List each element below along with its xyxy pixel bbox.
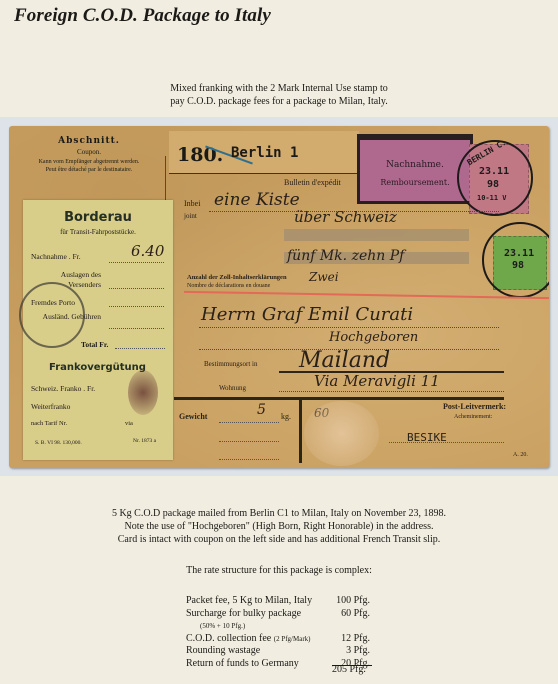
form-rule-vertical (299, 397, 302, 463)
rate-label: Rounding wastage (186, 645, 260, 658)
form-rule (279, 390, 504, 392)
description-caption: 5 Kg C.O.D package mailed from Berlin C1… (0, 507, 558, 546)
rate-note: (50% + 10 Pfg.) (186, 620, 370, 633)
slip-row-label: Nachnahme . Fr. (31, 252, 81, 261)
form-rule (219, 459, 279, 460)
rate-row: C.O.D. collection fee (2 Pfg/Mark)12 Pfg… (186, 633, 370, 646)
joint-label: joint (184, 212, 197, 220)
slip-row-label: Total Fr. (81, 340, 108, 349)
red-crayon-line (184, 291, 549, 299)
form-rule (109, 306, 164, 307)
rate-label-note: (2 Pfg/Mark) (274, 635, 311, 643)
weight-label: Gewicht (179, 412, 207, 421)
cod-label-fr: Remboursement. (360, 178, 470, 187)
rate-row: Packet fee, 5 Kg to Milan, Italy100 Pfg. (186, 595, 370, 608)
route-value: über Schweiz (294, 208, 397, 226)
form-rule (115, 348, 165, 349)
coupon-note-de: Kann vom Empfänger abgetrennt werden. (9, 158, 169, 166)
inbei-label: Inbei (184, 199, 200, 208)
addressee: Herrn Graf Emil Curati (201, 304, 413, 325)
slip-footer-right: Nr. 1873 a (133, 438, 156, 444)
destination: Mailand (299, 348, 390, 373)
description-line: Card is intact with coupon on the left s… (0, 533, 558, 546)
honorific: Hochgeboren (329, 330, 418, 345)
dispatch-strip: 180. Berlin 1 (169, 131, 359, 174)
intro-line: pay C.O.D. package fees for a package to… (0, 95, 558, 108)
coupon-heading: Abschnitt. (9, 136, 169, 146)
rate-label-text: C.O.D. collection fee (186, 633, 271, 644)
page-title: Foreign C.O.D. Package to Italy (14, 5, 271, 27)
rate-row: Surcharge for bulky package60 Pfg. (186, 608, 370, 621)
rate-label: C.O.D. collection fee (2 Pfg/Mark) (186, 633, 311, 646)
contents-value: eine Kiste (214, 190, 300, 210)
postmark-date: 23.11 (504, 248, 534, 259)
declaration-value: Zwei (309, 270, 339, 284)
form-rule (219, 441, 279, 442)
description-line: 5 Kg C.O.D package mailed from Berlin C1… (0, 507, 558, 520)
form-rule (109, 288, 164, 289)
postmark-year: 98 (487, 179, 499, 190)
rate-label: Packet fee, 5 Kg to Milan, Italy (186, 595, 312, 608)
description-line: Note the use of "Hochgeboren" (High Born… (0, 520, 558, 533)
form-rule (109, 328, 164, 329)
weight-unit: kg. (281, 412, 291, 421)
cod-label-de: Nachnahme. (360, 160, 470, 170)
rate-amount: 60 Pfg. (341, 608, 370, 621)
slip-row-label: nach Tarif Nr. (31, 420, 67, 427)
coupon: Abschnitt. Coupon. Kann vom Empfänger ab… (9, 126, 169, 206)
form-rule (219, 422, 279, 423)
rate-table: Packet fee, 5 Kg to Milan, Italy100 Pfg.… (186, 595, 370, 670)
street: Via Meravigli 11 (314, 372, 440, 390)
intro-line: Mixed franking with the 2 Mark Internal … (0, 82, 558, 95)
rate-amount: 3 Pfg. (346, 645, 370, 658)
slip-row-label: Weiterfranko (31, 402, 70, 411)
rate-amount: 100 Pfg. (336, 595, 370, 608)
parcel-card: Abschnitt. Coupon. Kann vom Empfänger ab… (9, 126, 549, 468)
declaration-label: Anzahl der Zoll-Inhaltserklärungen (187, 274, 287, 281)
slip-footer-left: S. B. VI 98. 130,000. (35, 440, 82, 446)
postmark-time: 10-11 V (477, 194, 507, 202)
shaded-field (284, 229, 469, 241)
cod-amount-value: 6.40 (131, 242, 164, 260)
ink-blot (128, 370, 158, 415)
cod-label: Nachnahme. Remboursement. (357, 134, 473, 204)
street-label: Wohnung (219, 384, 246, 392)
post-remark-label-fr: Acheminement: (454, 414, 492, 420)
declaration-label-fr: Nombre de déclarations en douane (187, 283, 270, 289)
slip-row-label: Schweiz. Franko . Fr. (31, 384, 95, 393)
destination-label: Bestimmungsort in (204, 360, 257, 368)
postmark-date: 23.11 (479, 166, 509, 177)
rate-amount: 12 Pfg. (341, 633, 370, 646)
rate-total: 205 Pfg. (332, 664, 366, 675)
form-rule (199, 326, 499, 328)
amount-value: fünf Mk. zehn Pf (287, 248, 404, 264)
rate-heading: The rate structure for this package is c… (0, 564, 558, 577)
postmark-year: 98 (512, 260, 524, 271)
post-remark-label: Post-Leitvermerk: (443, 402, 506, 411)
slip-section: Frankovergütung (49, 362, 146, 373)
rate-label: Surcharge for bulky package (186, 608, 301, 621)
form-rule (389, 442, 504, 443)
coupon-subheading: Coupon. (9, 148, 169, 156)
rate-label: Return of funds to Germany (186, 658, 299, 671)
dispatch-office: Berlin 1 (231, 145, 298, 161)
form-rule (109, 262, 164, 263)
bulletin-label: Bulletin d'expédit (284, 178, 341, 187)
slip-via: via (125, 420, 133, 427)
weight-value: 5 (257, 402, 266, 418)
coupon-note-fr: Peut être détaché par le destinataire. (9, 166, 169, 174)
slip-subtitle: für Transit-Fahrpoststücke. (23, 228, 173, 236)
rate-row: Rounding wastage3 Pfg. (186, 645, 370, 658)
intro-caption: Mixed franking with the 2 Mark Internal … (0, 82, 558, 108)
form-rule-thick (174, 397, 504, 400)
slip-title: Borderau (23, 210, 173, 225)
form-code: A. 20. (513, 452, 528, 458)
dispatch-number: 180. (177, 144, 223, 166)
water-stain (304, 401, 379, 466)
transit-slip-cancel (19, 282, 85, 348)
